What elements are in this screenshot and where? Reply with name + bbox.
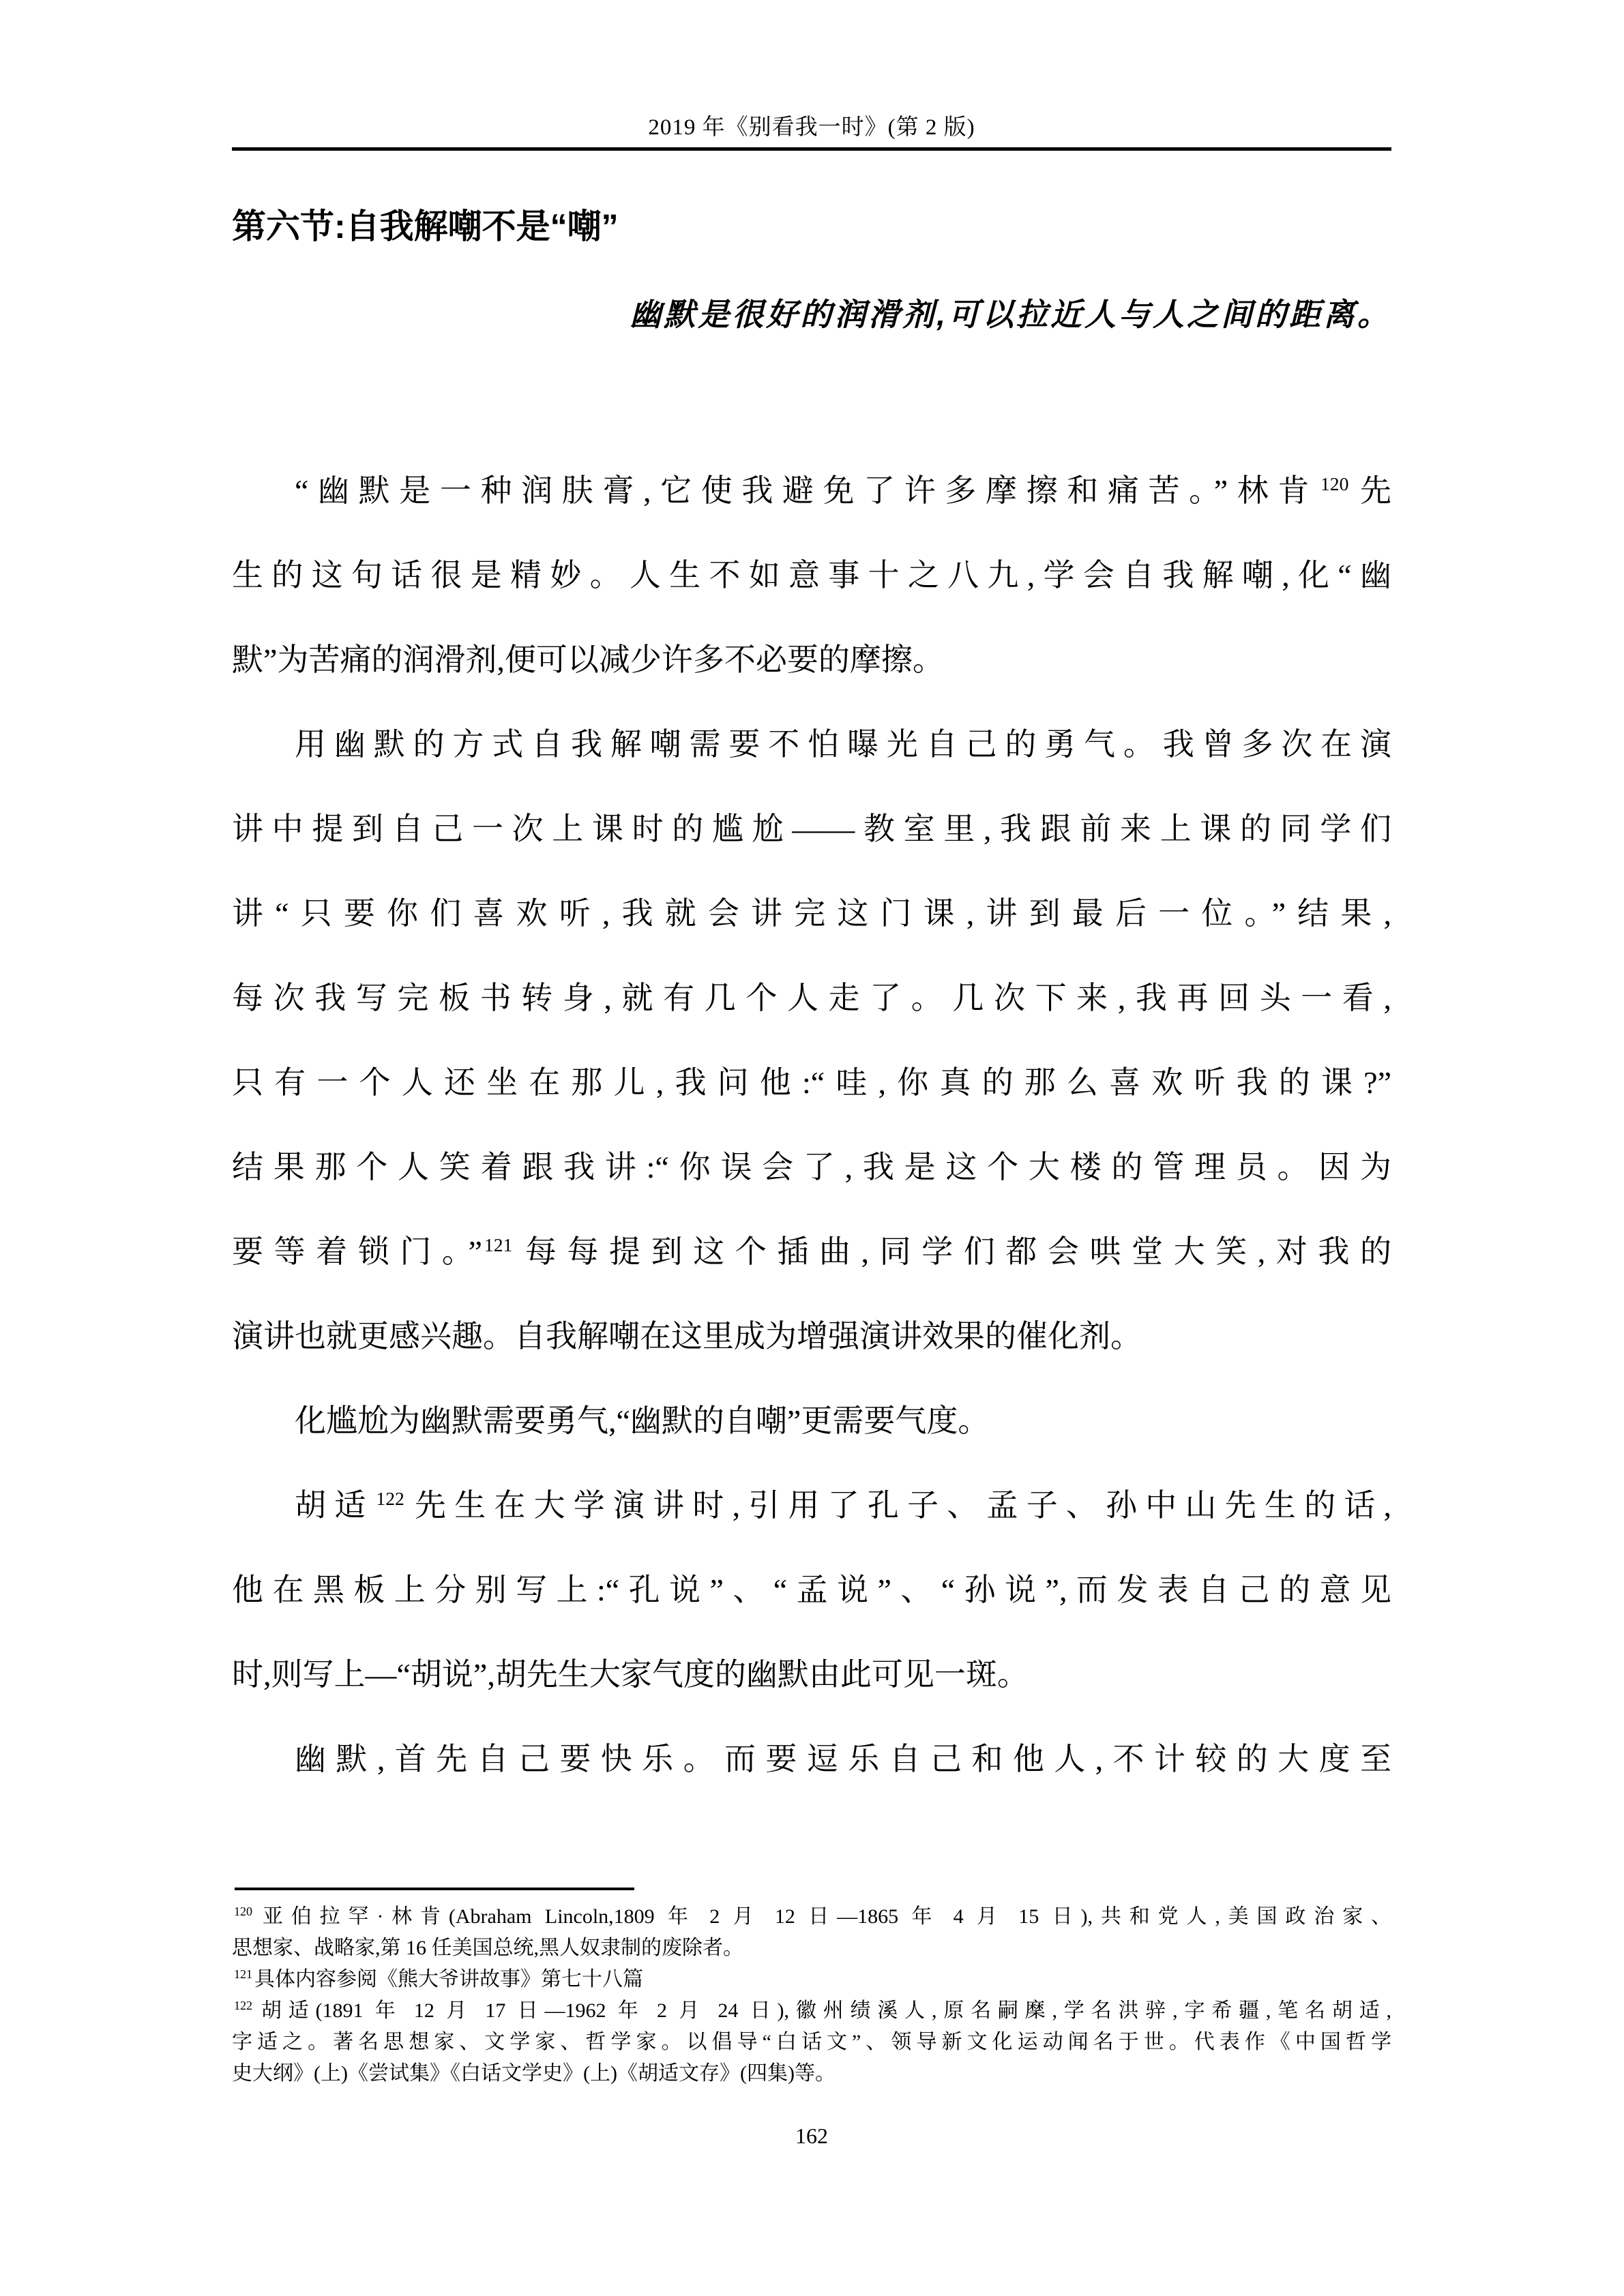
footnote-line: 122胡适(1891 年 12 月 17 日—1962 年 2 月 24 日),… [232, 1995, 1391, 2027]
body-line: 只有一个人还坐在那儿,我问他:“哇,你真的那么喜欢听我的课?” [232, 1041, 1391, 1125]
body-line: 用幽默的方式自我解嘲需要不怕曝光自己的勇气。我曾多次在演 [232, 702, 1391, 787]
footnote-ref: 120 [1320, 473, 1348, 494]
footnote-line: 史大纲》(上)《尝试集》《白话文学史》(上)《胡适文存》(四集)等。 [232, 2058, 1391, 2089]
body-line: 幽默,首先自己要快乐。而要逗乐自己和他人,不计较的大度至 [232, 1717, 1391, 1802]
body-line: 讲“只要你们喜欢听,我就会讲完这门课,讲到最后一位。”结果, [232, 871, 1391, 956]
header-divider [232, 147, 1391, 151]
footnote-ref: 120 [234, 1905, 252, 1918]
footnote-ref: 122 [376, 1488, 404, 1509]
body-line: 结果那个人笑着跟我讲:“你误会了,我是这个大楼的管理员。因为 [232, 1125, 1391, 1210]
page-header-title: 2019 年《别看我一时》(第 2 版) [232, 113, 1391, 142]
footnote-ref: 121 [484, 1234, 512, 1255]
body-line: “幽默是一种润肤膏,它使我避免了许多摩擦和痛苦。”林肯120先 [232, 449, 1391, 533]
section-title: 第六节:自我解嘲不是“嘲” [232, 205, 1391, 248]
body-line: 生的这句话很是精妙。人生不如意事十之八九,学会自我解嘲,化“幽 [232, 533, 1391, 618]
footnote-list: 120亚伯拉罕·林肯(Abraham Lincoln,1809 年 2 月 12… [232, 1901, 1391, 2089]
body-line: 演讲也就更感兴趣。自我解嘲在这里成为增强演讲效果的催化剂。 [232, 1294, 1391, 1379]
body-line: 讲中提到自己一次上课时的尴尬——教室里,我跟前来上课的同学们 [232, 787, 1391, 871]
epigraph-quote: 幽默是很好的润滑剂,可以拉近人与人之间的距离。 [232, 290, 1391, 338]
document-page: 2019 年《别看我一时》(第 2 版) 第六节:自我解嘲不是“嘲” 幽默是很好… [0, 0, 1624, 2296]
body-line: 化尴尬为幽默需要勇气,“幽默的自嘲”更需要气度。 [232, 1379, 1391, 1463]
body-line: 胡适122先生在大学演讲时,引用了孔子、孟子、孙中山先生的话, [232, 1463, 1391, 1548]
body-line: 时,则写上—“胡说”,胡先生大家气度的幽默由此可见一斑。 [232, 1632, 1391, 1717]
footnote-ref: 121 [234, 1967, 252, 1981]
footnotes-section: 120亚伯拉罕·林肯(Abraham Lincoln,1809 年 2 月 12… [232, 1888, 1391, 2089]
footnote-line: 思想家、战略家,第 16 任美国总统,黑人奴隶制的废除者。 [232, 1933, 1391, 1964]
body-line: 要等着锁门。”121每每提到这个插曲,同学们都会哄堂大笑,对我的 [232, 1210, 1391, 1294]
footnote-line: 121具体内容参阅《熊大爷讲故事》第七十八篇 [232, 1964, 1391, 1995]
body-line: 默”为苦痛的润滑剂,便可以减少许多不必要的摩擦。 [232, 618, 1391, 702]
footnote-line: 120亚伯拉罕·林肯(Abraham Lincoln,1809 年 2 月 12… [232, 1901, 1391, 1933]
body-line: 他在黑板上分别写上:“孔说”、“孟说”、“孙说”,而发表自己的意见 [232, 1548, 1391, 1632]
body-text: “幽默是一种润肤膏,它使我避免了许多摩擦和痛苦。”林肯120先生的这句话很是精妙… [232, 449, 1391, 1802]
footnote-separator [235, 1888, 634, 1890]
body-line: 每次我写完板书转身,就有几个人走了。几次下来,我再回头一看, [232, 956, 1391, 1041]
footnote-ref: 122 [234, 1999, 252, 2012]
footnote-line: 字适之。著名思想家、文学家、哲学家。以倡导“白话文”、领导新文化运动闻名于世。代… [232, 2027, 1391, 2058]
page-number: 162 [232, 2122, 1391, 2149]
